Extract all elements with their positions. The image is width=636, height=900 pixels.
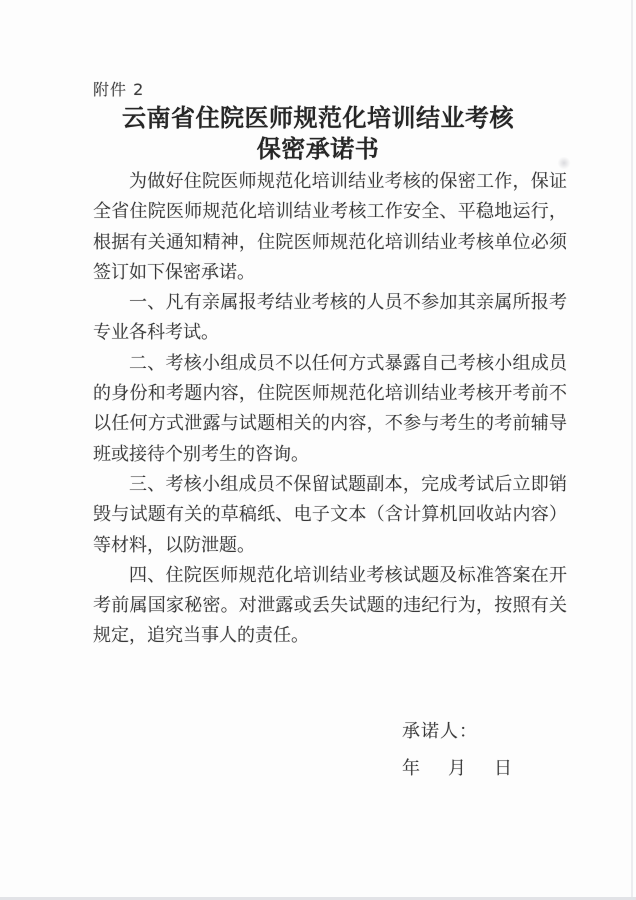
paragraph: 一、凡有亲属报考结业考核的人员不参加其亲属所报考专业各科考试。 <box>93 288 567 349</box>
paragraph-line: 全省住院医师规范化培训结业考核工作安全、平稳地运行， <box>93 197 567 227</box>
paragraph: 四、住院医师规范化培训结业考核试题及标准答案在开考前属国家秘密。对泄露或丢失试题… <box>93 561 567 652</box>
paragraph: 三、考核小组成员不保留试题副本，完成考试后立即销毁与试题有关的草稿纸、电子文本（… <box>93 470 567 561</box>
signature-block: 承诺人： 年 月 日 <box>402 717 512 780</box>
date-line: 年 月 日 <box>402 754 512 780</box>
paragraph-line: 一、凡有亲属报考结业考核的人员不参加其亲属所报考 <box>93 288 567 318</box>
paragraph-line: 毁与试题有关的草稿纸、电子文本（含计算机回收站内容） <box>93 500 567 530</box>
paragraph: 二、考核小组成员不以任何方式暴露自己考核小组成员的身份和考题内容，住院医师规范化… <box>93 349 567 470</box>
document-body: 为做好住院医师规范化培训结业考核的保密工作，保证全省住院医师规范化培训结业考核工… <box>93 167 567 652</box>
paragraph-line: 为做好住院医师规范化培训结业考核的保密工作，保证 <box>93 167 567 197</box>
paragraph-line: 三、考核小组成员不保留试题副本，完成考试后立即销 <box>93 470 567 500</box>
document-title-line2: 保密承诺书 <box>0 134 636 165</box>
paragraph-line: 专业各科考试。 <box>93 318 567 348</box>
scan-edge-line-right <box>631 0 633 900</box>
paragraph-line: 规定，追究当事人的责任。 <box>93 621 567 651</box>
date-month-label: 月 <box>448 754 466 780</box>
paragraph-line: 以任何方式泄露与试题相关的内容，不参与考生的考前辅导 <box>93 409 567 439</box>
paragraph-line: 签订如下保密承诺。 <box>93 258 567 288</box>
scanned-document-page: 附件 2 云南省住院医师规范化培训结业考核 保密承诺书 为做好住院医师规范化培训… <box>0 0 636 900</box>
signer-label: 承诺人： <box>402 717 512 743</box>
paragraph-line: 二、考核小组成员不以任何方式暴露自己考核小组成员 <box>93 349 567 379</box>
paragraph-line: 考前属国家秘密。对泄露或丢失试题的违纪行为，按照有关 <box>93 591 567 621</box>
paragraph-line: 根据有关通知精神，住院医师规范化培训结业考核单位必须 <box>93 228 567 258</box>
date-year-label: 年 <box>402 754 420 780</box>
paragraph-line: 的身份和考题内容，住院医师规范化培训结业考核开考前不 <box>93 379 567 409</box>
scan-smudge-artifact <box>557 157 571 169</box>
document-title: 云南省住院医师规范化培训结业考核 保密承诺书 <box>0 103 636 165</box>
paragraph: 为做好住院医师规范化培训结业考核的保密工作，保证全省住院医师规范化培训结业考核工… <box>93 167 567 288</box>
attachment-label: 附件 2 <box>93 77 144 100</box>
paragraph-line: 班或接待个别考生的咨询。 <box>93 440 567 470</box>
date-day-label: 日 <box>494 754 512 780</box>
paragraph-line: 四、住院医师规范化培训结业考核试题及标准答案在开 <box>93 561 567 591</box>
paragraph-line: 等材料，以防泄题。 <box>93 531 567 561</box>
document-title-line1: 云南省住院医师规范化培训结业考核 <box>0 103 636 134</box>
